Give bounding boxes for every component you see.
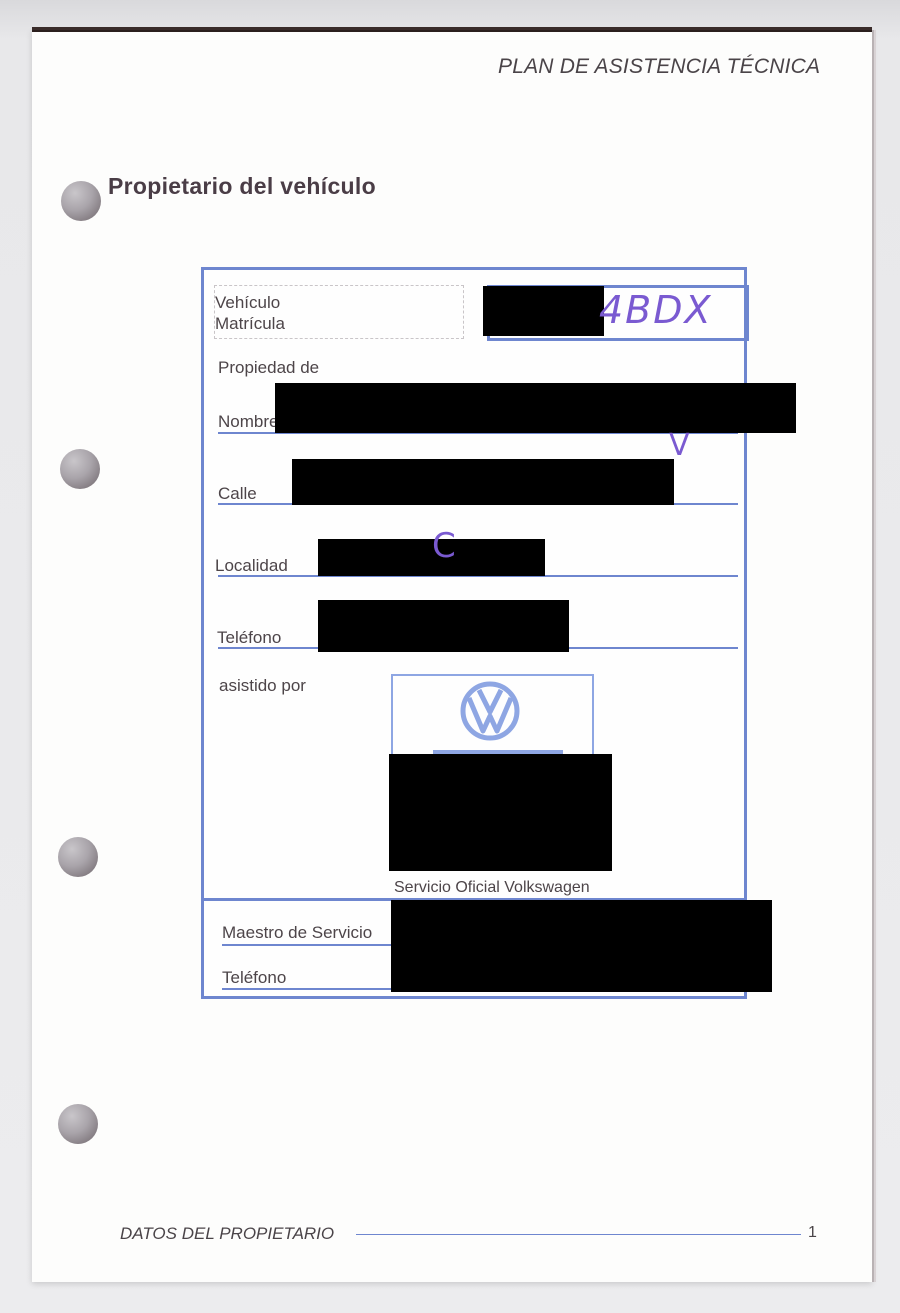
service-phone-label: Teléfono — [222, 967, 286, 988]
plate-handwriting: 4BDX — [599, 288, 713, 332]
city-label: Localidad — [215, 555, 288, 576]
running-head: PLAN DE ASISTENCIA TÉCNICA — [498, 55, 820, 79]
dealer-stamp — [391, 674, 594, 756]
redacted-phone — [318, 600, 569, 652]
handwriting-mark: V — [669, 428, 690, 463]
footer-rule — [356, 1234, 801, 1235]
page-title: Propietario del vehículo — [108, 173, 376, 200]
page-number: 1 — [808, 1224, 817, 1242]
service-master-label: Maestro de Servicio — [222, 922, 372, 943]
service-phone-field-line[interactable] — [222, 988, 392, 990]
plate-label: Matrícula — [215, 313, 285, 334]
redacted-plate-prefix — [483, 286, 604, 336]
redacted-name — [275, 383, 796, 433]
owner-form: Vehículo Matrícula 4BDX Propiedad de Nom… — [201, 267, 747, 999]
binder-hole-icon — [60, 449, 100, 489]
binder-hole-icon — [58, 1104, 98, 1144]
redacted-service-info — [391, 900, 772, 992]
owner-section-label: Propiedad de — [218, 357, 319, 378]
handwriting-mark: C — [432, 526, 456, 566]
vw-logo-icon — [393, 676, 592, 756]
name-label: Nombre — [218, 411, 278, 432]
footer-section: DATOS DEL PROPIETARIO — [120, 1224, 334, 1244]
assisted-by-label: asistido por — [219, 675, 306, 696]
service-master-field-line[interactable] — [222, 944, 392, 946]
vehicle-label: Vehículo — [215, 292, 280, 313]
binder-hole-icon — [58, 837, 98, 877]
redacted-street — [292, 459, 674, 505]
binder-hole-icon — [61, 181, 101, 221]
dealer-caption: Servicio Oficial Volkswagen — [394, 877, 590, 898]
phone-label: Teléfono — [217, 627, 281, 648]
redacted-dealer-name — [389, 754, 612, 871]
street-label: Calle — [218, 483, 257, 504]
